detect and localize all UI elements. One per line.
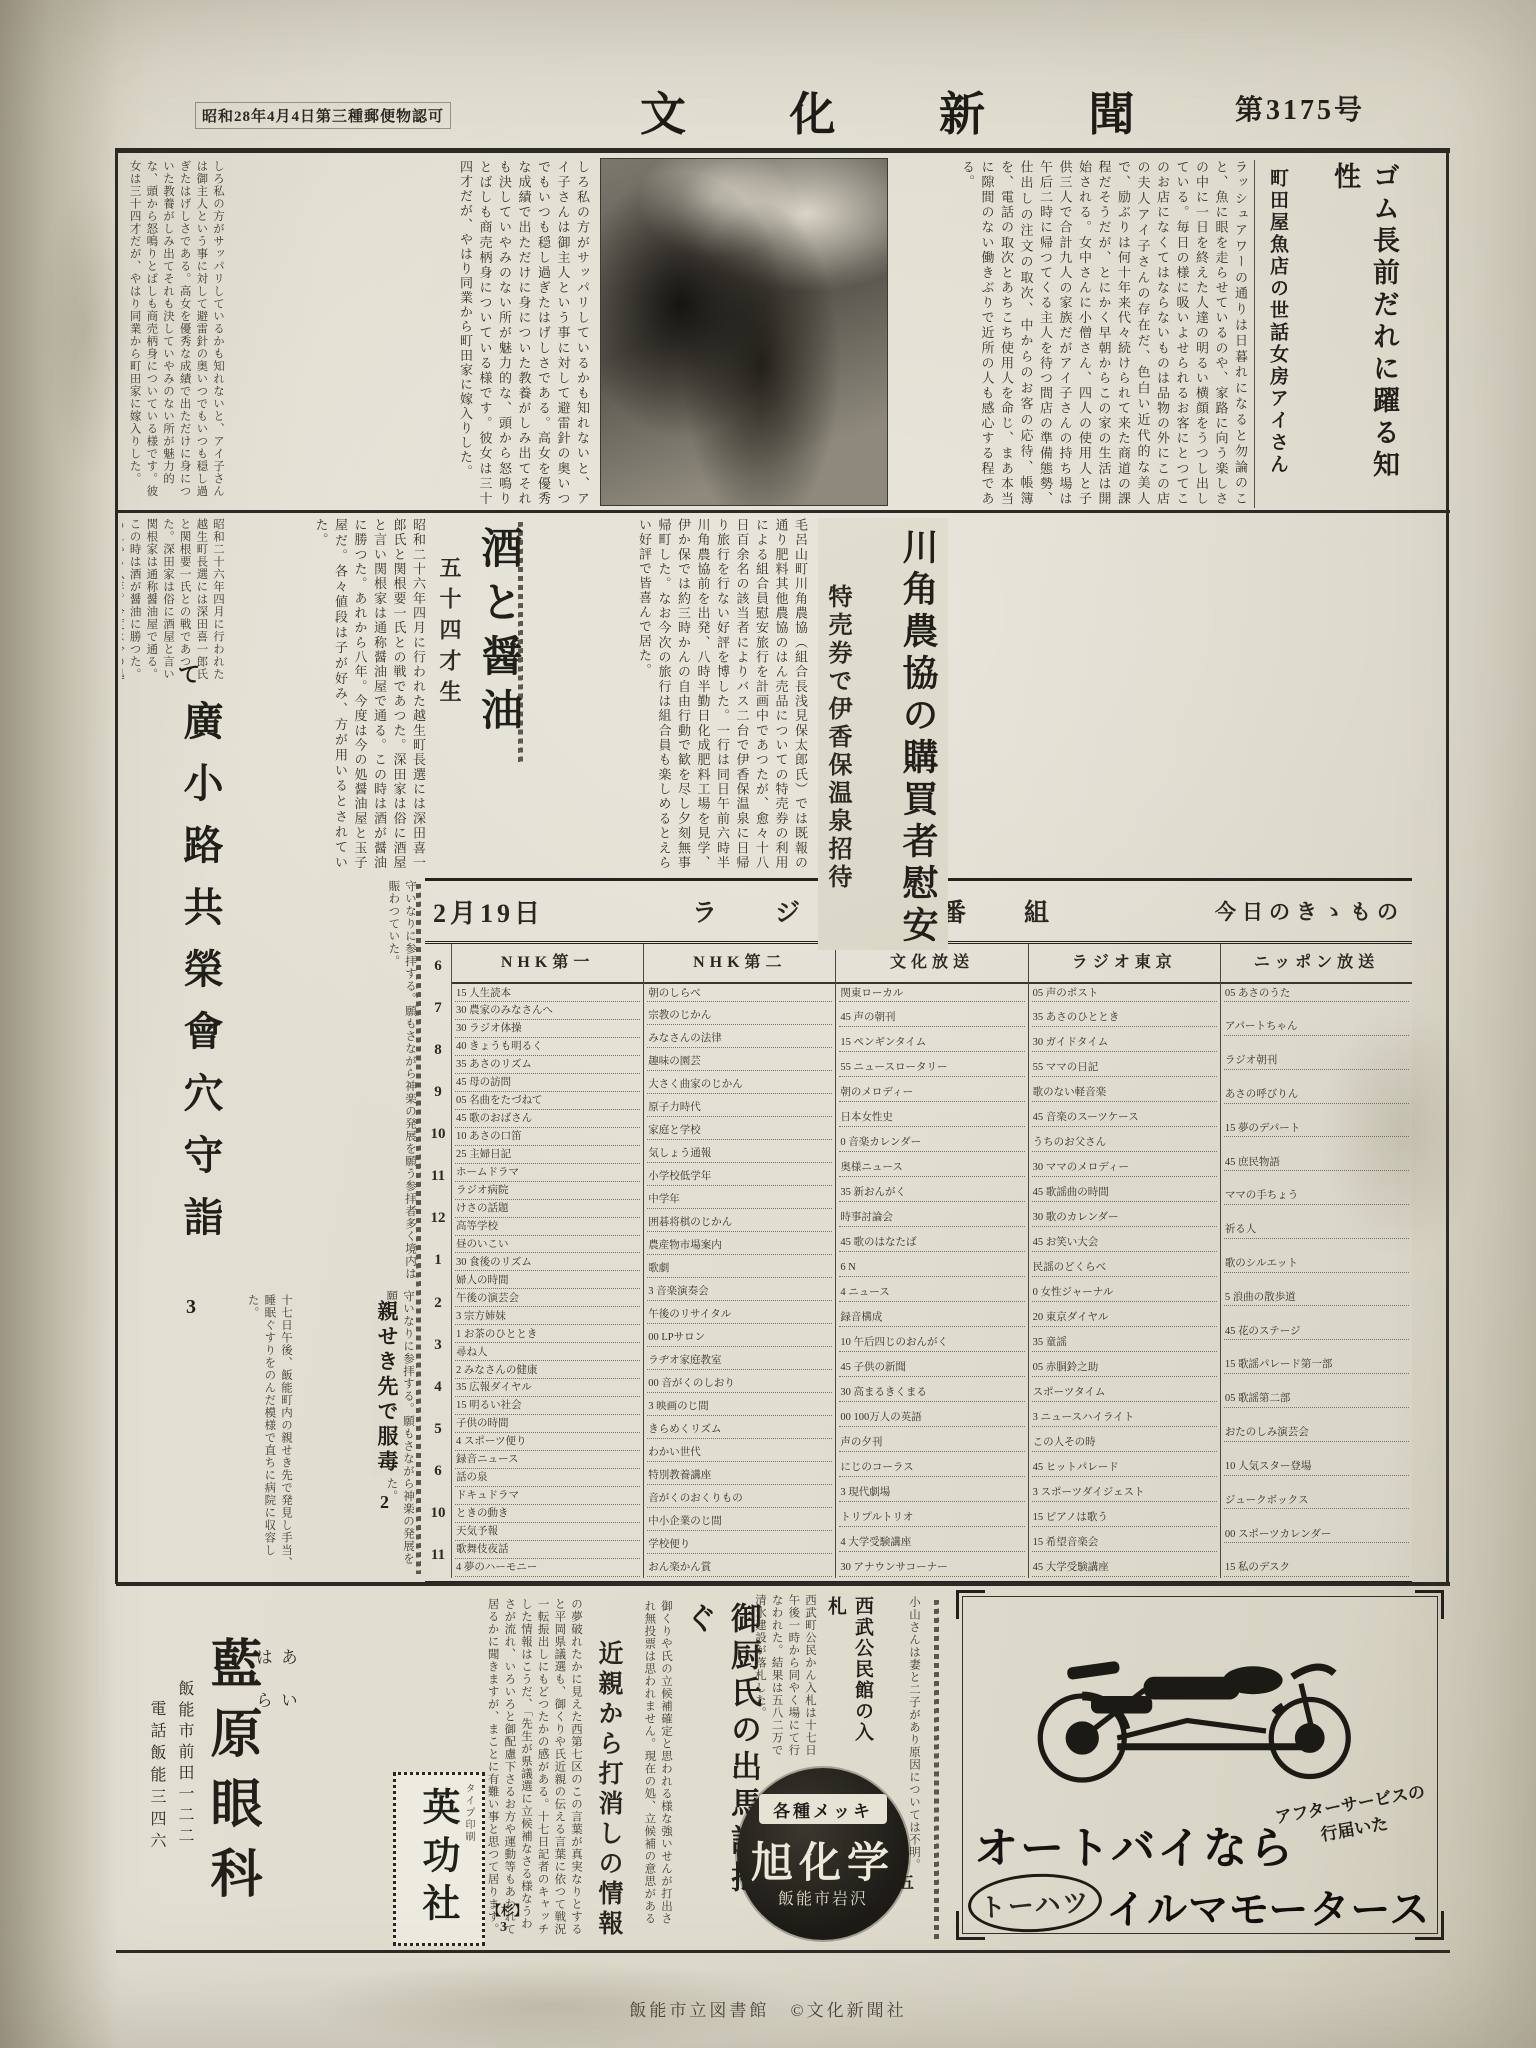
program-entry: 3 現代劇場 (839, 1485, 1024, 1502)
program-entry: 10 あさの口笛 (455, 1129, 640, 1146)
program-entry: 3 スポーツダイジェスト (1032, 1485, 1217, 1502)
article-subheadline-main: 町田屋魚店の世話女房アイさん (1264, 168, 1291, 510)
program-entry: スポーツタイム (1032, 1385, 1217, 1402)
article-headline-nokyo: 川角農協の購買者慰安 (893, 528, 944, 948)
ad-asahi-address: 飯能市岩沢 (737, 1886, 909, 1909)
left-border-rule (115, 148, 118, 1584)
program-entry: 40 きょうも明るく (455, 1039, 640, 1056)
program-entry: 00 100万人の英語 (839, 1410, 1024, 1427)
program-entry: 午後のリサイタル (647, 1307, 832, 1324)
program-entry: 声の夕刊 (839, 1435, 1024, 1452)
program-entry: 05 あさのうた (1224, 985, 1409, 1002)
program-entry: 高等学校 (455, 1218, 640, 1235)
hour-mark: 6 (434, 958, 442, 975)
program-entry: 20 東京ダイヤル (1032, 1310, 1217, 1327)
footer: 飯能市立図書館 ©文化新聞社 (0, 1996, 1536, 2021)
program-entry: 15 私のデスク (1224, 1560, 1409, 1577)
program-entry: 6 N (839, 1260, 1024, 1277)
program-entry: 05 歌謡第二部 (1224, 1391, 1409, 1408)
ad-asahi-top: 各種メッキ (759, 1794, 887, 1824)
program-entry: 中小企業のじ間 (647, 1514, 832, 1531)
program-entry: 朝のしらべ (647, 985, 832, 1002)
program-entry: 囲碁将棋のじかん (647, 1215, 832, 1232)
program-entry: 55 ママの日記 (1032, 1060, 1217, 1077)
program-entry: 録音構成 (839, 1310, 1024, 1327)
program-entry: ジュークボックス (1224, 1492, 1409, 1509)
radio-hours-gutter: 67891011121234561011 (425, 944, 452, 1578)
program-entry: 大さく曲家のじかん (647, 1077, 832, 1094)
program-entry: 日本女性史 (839, 1110, 1024, 1127)
fukudoku-marker: 2 (380, 1492, 389, 1513)
station-column-bunka: 文化放送 関東ローカル45 声の朝刊15 ペンギンタイム55 ニュースロータリー… (836, 944, 1028, 1578)
program-entry: 宗教のじかん (647, 1008, 832, 1025)
program-entry: ラジオ朝刊 (1224, 1053, 1409, 1070)
station-name: ラジオ東京 (1029, 944, 1220, 984)
program-entry: 4 大学受験講座 (839, 1535, 1024, 1552)
hour-mark: 9 (434, 1084, 442, 1101)
program-entry: ラヂオ家庭教室 (647, 1353, 832, 1370)
program-entry: わかい世代 (647, 1445, 832, 1462)
program-entry: 15 歌謡パレード第一部 (1224, 1357, 1409, 1374)
program-entry: 家庭と学校 (647, 1123, 832, 1140)
station-name: NHK第一 (452, 944, 643, 984)
ad-aihara-clinic: あい はら 藍原眼科 飯能市前田一二二 電話飯能三四六 (128, 1620, 328, 1950)
masthead-rule (116, 148, 1450, 153)
program-entry: 4 ニュース (839, 1285, 1024, 1302)
program-entry: 05 名曲をたづねて (455, 1093, 640, 1110)
program-entry: 30 農家のみなさんへ (455, 1003, 640, 1020)
mikuriya-sign: 【杉】 (488, 1900, 527, 1919)
program-entry: 45 歌謡曲の時間 (1032, 1185, 1217, 1202)
program-entry: 30 高まるきくまる (839, 1385, 1024, 1402)
program-entry: 10 人気スター登場 (1224, 1458, 1409, 1475)
program-entry: ときの動き (455, 1506, 640, 1523)
program-entry: 歌のシルエット (1224, 1256, 1409, 1273)
radio-date: 2月19日 (433, 893, 544, 930)
program-entry: 歌舞伎夜話 (455, 1542, 640, 1559)
program-entry: 朝のメロディー (839, 1085, 1024, 1102)
program-entry: 関東ローカル (839, 985, 1024, 1002)
program-entry: 3 音楽演奏会 (647, 1284, 832, 1301)
issue-number: 第3175号 (1235, 88, 1365, 128)
program-entry: 歌劇 (647, 1261, 832, 1278)
article-body-sake-cont: 昭和二十六年四月に行われた越生町長選には深田喜一郎氏と関根要一氏との戦であつた。… (122, 518, 226, 688)
program-entry: 45 花のステージ (1224, 1323, 1409, 1340)
program-entry: 子供の時間 (455, 1416, 640, 1433)
program-entry: けさの話題 (455, 1200, 640, 1217)
program-entry: 話の泉 (455, 1470, 640, 1487)
station-column-radiotokyo: ラジオ東京 05 声のポスト35 あさのひととき30 ガイドタイム55 ママの日… (1029, 944, 1221, 1578)
program-entry: 3 映画のじ間 (647, 1399, 832, 1416)
program-entry: うちのお父さん (1032, 1135, 1217, 1152)
program-entry: 30 ママのメロディー (1032, 1160, 1217, 1177)
mikuriya-marker: 3 (500, 1920, 507, 1936)
program-entry: あさの呼びりん (1224, 1086, 1409, 1103)
postal-permit-line: 昭和28年4月4日第三種郵便物認可 (195, 102, 451, 129)
hour-mark: 12 (431, 1210, 446, 1227)
ad-moto-catch: オートバイなら (974, 1812, 1295, 1876)
program-entry: きらめくリズム (647, 1422, 832, 1439)
program-entry: 0 女性ジャーナル (1032, 1285, 1217, 1302)
program-entry: ママの手ちょう (1224, 1188, 1409, 1205)
hour-mark: 8 (434, 1042, 442, 1059)
ad-eikosha: タイプ印刷 英功社 (393, 1772, 485, 1946)
program-entry: 尋ね人 (455, 1344, 640, 1361)
program-entry: 1 お茶のひととき (455, 1326, 640, 1343)
program-entry: 15 明るい社会 (455, 1398, 640, 1415)
band-rule (116, 510, 1450, 513)
program-entry: 45 母の訪問 (455, 1075, 640, 1092)
article-headline-fukudoku: 親せき先で服毒 (372, 1300, 402, 1476)
program-entry: 10 午后四じのおんがく (839, 1335, 1024, 1352)
program-entry: 2 みなさんの健康 (455, 1362, 640, 1379)
program-entry: 00 LPサロン (647, 1330, 832, 1347)
newspaper-title: 文 化 新 聞 (640, 78, 1181, 144)
program-entry: みなさんの法律 (647, 1031, 832, 1048)
article-body-sake: 昭和二十六年四月に行われた越生町長選には深田喜一郎氏と関根要一氏との戦であつた。… (232, 518, 428, 870)
program-entry: 45 大学受験講座 (1032, 1560, 1217, 1577)
article-body-main-cont: しろ私の方がサッパリしているかも知れないと、アイ子さんは御主人という事に対して避… (122, 160, 226, 506)
program-entry: アパートちゃん (1224, 1019, 1409, 1036)
program-entry: 気しょう通報 (647, 1146, 832, 1163)
program-entry: ラジオ病院 (455, 1182, 640, 1199)
program-entry: 30 歌のカレンダー (1032, 1210, 1217, 1227)
program-entry: ホームドラマ (455, 1165, 640, 1182)
program-entry: 30 ガイドタイム (1032, 1035, 1217, 1052)
bottom-band-rule (116, 1582, 1450, 1586)
program-entry: 祈る人 (1224, 1222, 1409, 1239)
program-entry: 35 あさのリズム (455, 1057, 640, 1074)
program-entry: 15 ピアノは歌う (1032, 1510, 1217, 1527)
program-entry: 天気予報 (455, 1524, 640, 1541)
program-entry: 15 希望音楽会 (1032, 1535, 1217, 1552)
ad-aihara-name: 藍原眼科 (193, 1636, 268, 1936)
program-entry: 30 アナウンサコーナー (839, 1560, 1024, 1577)
station-column-nippon: ニッポン放送 05 あさのうたアパートちゃんラジオ朝刊あさの呼びりん15 夢のデ… (1221, 944, 1412, 1578)
program-entry: 15 夢のデパート (1224, 1120, 1409, 1137)
program-entry: 05 声のポスト (1032, 985, 1217, 1002)
ad-eikosha-name: 英功社 (410, 1787, 465, 1933)
program-entry: 05 赤胴鈴之助 (1032, 1360, 1217, 1377)
program-entry: 15 人生読本 (455, 985, 640, 1002)
ad-aihara-address: 飯能市前田一二二 (173, 1680, 196, 1930)
program-entry: 45 歌のはなたば (839, 1235, 1024, 1252)
program-entry: 昼のいこい (455, 1236, 640, 1253)
article-headline-anamori: 廣小路共榮會穴守詣 (172, 700, 229, 1286)
program-entry: 学校便り (647, 1537, 832, 1554)
program-entry: 45 歌のおばさん (455, 1111, 640, 1128)
program-entry: この人その時 (1032, 1435, 1217, 1452)
program-entry: にじのコーラス (839, 1460, 1024, 1477)
ad-motorcycle: オートバイなら アフターサービスの 行届いた トーハツ イルマモータース (956, 1590, 1444, 1940)
program-entry: 特別教養講座 (647, 1468, 832, 1485)
program-entry: 録音ニュース (455, 1452, 640, 1469)
article-headline-seibu: 西武公民館の入札 (822, 1596, 876, 1758)
hour-mark: 4 (434, 1379, 442, 1396)
ad-asahi-name: 旭化学 (737, 1830, 909, 1890)
article-body-fukudoku: 十七日午後、飯能町内の親せき先で発見し手当、睡眠ぐすりをのんだ模様で直ちに病院に… (122, 1294, 294, 1576)
hour-mark: 10 (431, 1505, 446, 1522)
program-entry: 3 ニュースハイライト (1032, 1410, 1217, 1427)
program-entry: 45 お笑い大会 (1032, 1235, 1217, 1252)
program-entry: 午後の演芸会 (455, 1290, 640, 1307)
column-rule (1254, 160, 1255, 508)
ad-aihara-phone: 電話飯能三四六 (145, 1700, 168, 1930)
program-entry: 25 主婦日記 (455, 1147, 640, 1164)
station-name: NHK第二 (644, 944, 835, 984)
program-entry: 歌のない軽音楽 (1032, 1085, 1217, 1102)
article-body-anamori: 守いなりに参拝する。願もさながら神楽の発展を願う参拝者多く境内は賑わつていた。 (228, 880, 418, 1280)
right-border-rule (1446, 148, 1449, 1584)
program-entry: 趣味の園芸 (647, 1054, 832, 1071)
article-body-nokyo: 毛呂山町川角農協（組合長浅見保太郎氏）では既報の通り肥料其他農協のはん売品につい… (528, 518, 810, 870)
program-entry: 民謡のどくらべ (1032, 1260, 1217, 1277)
program-entry: 音がくのおくりもの (647, 1491, 832, 1508)
program-entry: 45 ヒットパレード (1032, 1460, 1217, 1477)
hour-mark: 7 (434, 1000, 442, 1017)
program-entry: 35 広報ダイヤル (455, 1380, 640, 1397)
article-byline-sake: 五十四才生 (434, 556, 465, 746)
hour-mark: 10 (431, 1126, 446, 1143)
program-entry: 35 童謡 (1032, 1335, 1217, 1352)
article-headline-sake: 酒と醤油 (468, 526, 528, 762)
article-body-mikuriya-right: 御くりや氏の立候補確定と思われる様な強いせんが打出され無投票は思われません。現在… (640, 1600, 674, 1936)
program-entry: 30 ラジオ体操 (455, 1021, 640, 1038)
program-entry: 中学年 (647, 1192, 832, 1209)
anamori-marker-top: て (178, 658, 200, 689)
station-name: ニッポン放送 (1221, 944, 1412, 984)
program-entry: 45 庶民物語 (1224, 1154, 1409, 1171)
table-wavy-rule (416, 884, 421, 1574)
radio-schedule-table: 2月19日 ラジオ番組 今日のきゝもの 67891011121234561011… (425, 878, 1412, 1584)
program-entry: おん楽かん賞 (647, 1560, 832, 1577)
hour-mark: 5 (434, 1421, 442, 1438)
program-entry: 00 音がくのしおり (647, 1376, 832, 1393)
footer-library: 飯能市立図書館 (629, 2001, 769, 2020)
station-name: 文化放送 (836, 944, 1027, 984)
program-entry: 3 宗方姉妹 (455, 1308, 640, 1325)
article-body-main-right: ラッシュアワーの通りは日暮れになると勿論のこと、魚に眼を走らせているのや、家路に… (892, 160, 1250, 506)
article-body-mikuriya-left: の夢破れたかに見えた西第七区のこの言葉が真実なりとすると平岡県議選も、御くりや氏… (484, 1598, 584, 1938)
ad-moto-dealer: イルマモータース (1106, 1878, 1430, 1935)
program-entry: 35 新おんがく (839, 1185, 1024, 1202)
bottom-rule (116, 1950, 1450, 1953)
hour-mark: 3 (434, 1337, 442, 1354)
program-entry: 4 夢のハーモニー (455, 1560, 640, 1577)
wavy-divider (934, 1600, 939, 1940)
radio-subtitle: 今日のきゝもの (1215, 896, 1404, 926)
program-entry: 0 音楽カレンダー (839, 1135, 1024, 1152)
program-entry: 35 あさのひととき (1032, 1010, 1217, 1027)
program-entry: 45 声の朝刊 (839, 1010, 1024, 1027)
program-entry: 婦人の時間 (455, 1272, 640, 1289)
program-entry: 00 スポーツカレンダー (1224, 1526, 1409, 1543)
nokyo-headline-block: 川角農協の購買者慰安 特売券で伊香保温泉招待 (818, 518, 948, 950)
program-entry: トリプルトリオ (839, 1510, 1024, 1527)
article-photo (600, 158, 888, 506)
hour-mark: 11 (431, 1168, 445, 1185)
ad-asahi-kagaku: 各種メッキ 旭化学 飯能市岩沢 (737, 1768, 909, 1940)
article-body-main-left: しろ私の方がサッパリしているかも知れないと、アイ子さんは御主人という事に対して避… (232, 160, 592, 506)
program-entry: 原子力時代 (647, 1100, 832, 1117)
program-entry: 55 ニュースロータリー (839, 1060, 1024, 1077)
program-entry: 30 食後のリズム (455, 1254, 640, 1271)
ad-moto-brand: トーハツ (979, 1882, 1091, 1925)
program-entry: ドキュドラマ (455, 1488, 640, 1505)
motorcycle-illustration (986, 1608, 1406, 1798)
hour-mark: 1 (434, 1252, 442, 1269)
program-entry: 奥様ニュース (839, 1160, 1024, 1177)
program-entry: 15 ペンギンタイム (839, 1035, 1024, 1052)
station-column-nhk2: NHK第二 朝のしらべ宗教のじかんみなさんの法律趣味の園芸大さく曲家のじかん原子… (644, 944, 836, 1578)
program-entry: 4 スポーツ便り (455, 1434, 640, 1451)
program-entry: 時事討論会 (839, 1210, 1024, 1227)
article-subheadline-nokyo: 特売券で伊香保温泉招待 (820, 584, 855, 944)
footer-copyright: ©文化新聞社 (791, 2001, 907, 2020)
station-column-nhk1: NHK第一 15 人生読本30 農家のみなさんへ30 ラジオ体操40 きょうも明… (452, 944, 644, 1578)
program-entry: 小学校低学年 (647, 1169, 832, 1186)
hour-mark: 6 (434, 1463, 442, 1480)
program-entry: 5 浪曲の散歩道 (1224, 1289, 1409, 1306)
program-entry: 農産物市場案内 (647, 1238, 832, 1255)
hour-mark: 11 (431, 1547, 445, 1564)
newspaper-page: 昭和28年4月4日第三種郵便物認可 文 化 新 聞 第3175号 ゴム長前だれに… (0, 0, 1536, 2048)
article-subheadline-mikuriya: 近親から打消しの情報 (590, 1640, 626, 1940)
program-entry: 45 子供の新聞 (839, 1360, 1024, 1377)
program-entry: おたのしみ演芸会 (1224, 1425, 1409, 1442)
article-headline-main: ゴム長前だれに躍る知性 (1326, 162, 1404, 510)
hour-mark: 2 (434, 1295, 442, 1312)
article-body-seibu: 西武町公民かん入札は十七日午後一時から同やく場にて行なわれた。結果は五八二万で清… (742, 1594, 818, 1762)
program-entry: 45 音楽のスーツケース (1032, 1110, 1217, 1127)
